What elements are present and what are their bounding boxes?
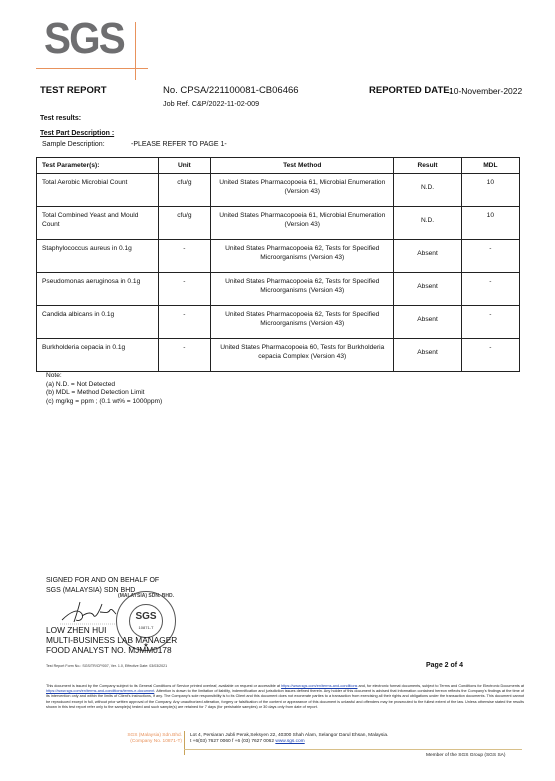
cell-result: Absent (394, 240, 461, 273)
sample-description-label: Sample Description: (42, 141, 105, 148)
job-reference: Job Ref. C&P/2022-11-02-009 (163, 99, 259, 108)
cell-method: United States Pharmacopoeia 60, Tests fo… (211, 339, 394, 372)
disclaimer-text-2: and, for electronic format documents, su… (357, 684, 524, 688)
report-number: No. CPSA/221100081-CB06466 (163, 85, 299, 96)
cell-mdl: - (461, 339, 519, 372)
table-header-row: Test Parameter(s): Unit Test Method Resu… (37, 158, 520, 174)
sgs-logo: SGS (36, 12, 151, 70)
cell-result: Absent (394, 339, 461, 372)
legal-disclaimer: This document is issued by the Company s… (46, 684, 524, 710)
header-mdl: MDL (461, 158, 519, 174)
footer-divider-vertical (184, 731, 185, 755)
cell-parameter: Pseudomonas aeruginosa in 0.1g (37, 273, 159, 306)
test-results-label: Test results: (40, 115, 81, 122)
results-table: Test Parameter(s): Unit Test Method Resu… (36, 157, 520, 372)
result-value: Absent (417, 250, 438, 257)
footer-phone: t +6(03) 7627 0060 f +6 (03) 7627 0062 (190, 739, 275, 744)
cell-parameter: Staphylococcus aureus in 0.1g (37, 240, 159, 273)
table-row: Burkholderia cepacia in 0.1g - United St… (37, 339, 520, 372)
cell-mdl: - (461, 273, 519, 306)
logo-vertical-line (135, 22, 136, 80)
signatory-name: LOW ZHEN HUI (46, 625, 177, 635)
e-document-terms-link[interactable]: https://www.sgs.com/en/terms-and-conditi… (46, 689, 154, 693)
terms-conditions-link[interactable]: https://www.sgs.com/en/terms-and-conditi… (281, 684, 357, 688)
cell-method: United States Pharmacopoeia 62, Tests fo… (211, 306, 394, 339)
cell-parameter: Burkholderia cepacia in 0.1g (37, 339, 159, 372)
reported-date: 10-November-2022 (449, 86, 522, 96)
cell-unit: - (158, 273, 210, 306)
note-item: (b) MDL = Method Detection Limit (46, 389, 162, 398)
result-value: N.D. (421, 217, 434, 224)
cell-unit: cfu/g (158, 207, 210, 240)
footer-address-block: Lot 4, Persiaran Jubli Perak,Seksyen 22,… (190, 733, 388, 745)
cell-method: United States Pharmacopoeia 62, Tests fo… (211, 273, 394, 306)
cell-method: United States Pharmacopoeia 61, Microbia… (211, 207, 394, 240)
table-row: Candida albicans in 0.1g - United States… (37, 306, 520, 339)
table-row: Total Aerobic Microbial Count cfu/g Unit… (37, 174, 520, 207)
footer-company: SGS (Malaysia) Sdn.Bhd. (Company No. 108… (96, 733, 182, 745)
result-value: N.D. (421, 184, 434, 191)
website-link[interactable]: www.sgs.com (275, 739, 304, 744)
stamp-ring-text: (MALAYSIA) SDN. BHD. (117, 593, 175, 599)
result-value: Absent (417, 283, 438, 290)
signed-line-1: SIGNED FOR AND ON BEHALF OF (46, 576, 159, 586)
form-number: Test Report Form No.: SGS/TR/CP/007, Ver… (46, 664, 167, 668)
cell-parameter: Candida albicans in 0.1g (37, 306, 159, 339)
signatory: LOW ZHEN HUI MULTI-BUSINESS LAB MANAGER … (46, 625, 177, 655)
cell-mdl: - (461, 306, 519, 339)
footer-contact: t +6(03) 7627 0060 f +6 (03) 7627 0062 w… (190, 739, 388, 745)
footer-company-no: (Company No. 10871-T) (96, 739, 182, 745)
logo-text: SGS (44, 14, 124, 64)
cell-unit: - (158, 306, 210, 339)
cell-mdl: 10 (461, 174, 519, 207)
cell-unit: - (158, 339, 210, 372)
cell-parameter: Total Aerobic Microbial Count (37, 174, 159, 207)
table-row: Staphylococcus aureus in 0.1g - United S… (37, 240, 520, 273)
stamp-sgs-text: SGS (130, 611, 162, 622)
member-of-group: Member of the SGS Group (SGS SA) (426, 753, 505, 758)
cell-mdl: - (461, 240, 519, 273)
disclaimer-text-1: This document is issued by the Company s… (46, 684, 281, 688)
cell-mdl: 10 (461, 207, 519, 240)
sample-description-value: -PLEASE REFER TO PAGE 1- (131, 141, 227, 148)
result-value: Absent (417, 316, 438, 323)
reported-date-label: REPORTED DATE: (369, 85, 453, 96)
header-parameter: Test Parameter(s): (37, 158, 159, 174)
cell-method: United States Pharmacopoeia 61, Microbia… (211, 174, 394, 207)
cell-result: Absent (394, 273, 461, 306)
header-unit: Unit (158, 158, 210, 174)
report-title: TEST REPORT (40, 85, 107, 96)
note-item: (a) N.D. = Not Detected (46, 381, 162, 390)
header-method: Test Method (211, 158, 394, 174)
cell-result: N.D. (394, 207, 461, 240)
notes: Note: (a) N.D. = Not Detected (b) MDL = … (46, 372, 162, 406)
handwritten-signature (60, 598, 118, 626)
notes-title: Note: (46, 372, 162, 381)
analyst-number: FOOD ANALYST NO. MJMM0178 (46, 645, 177, 655)
table-row: Total Combined Yeast and Mould Count cfu… (37, 207, 520, 240)
page-number: Page 2 of 4 (426, 662, 463, 669)
cell-result: Absent (394, 306, 461, 339)
header-result: Result (394, 158, 461, 174)
cell-parameter: Total Combined Yeast and Mould Count (37, 207, 159, 240)
logo-horizontal-line (36, 68, 148, 69)
result-value: Absent (417, 349, 438, 356)
signatory-role: MULTI-BUSINESS LAB MANAGER (46, 635, 177, 645)
note-item: (c) mg/kg = ppm ; (0.1 wt% = 1000ppm) (46, 398, 162, 407)
footer-divider-horizontal (184, 749, 522, 750)
cell-result: N.D. (394, 174, 461, 207)
cell-method: United States Pharmacopoeia 62, Tests fo… (211, 240, 394, 273)
table-row: Pseudomonas aeruginosa in 0.1g - United … (37, 273, 520, 306)
cell-unit: - (158, 240, 210, 273)
cell-unit: cfu/g (158, 174, 210, 207)
test-part-description-label: Test Part Description : (40, 130, 114, 137)
